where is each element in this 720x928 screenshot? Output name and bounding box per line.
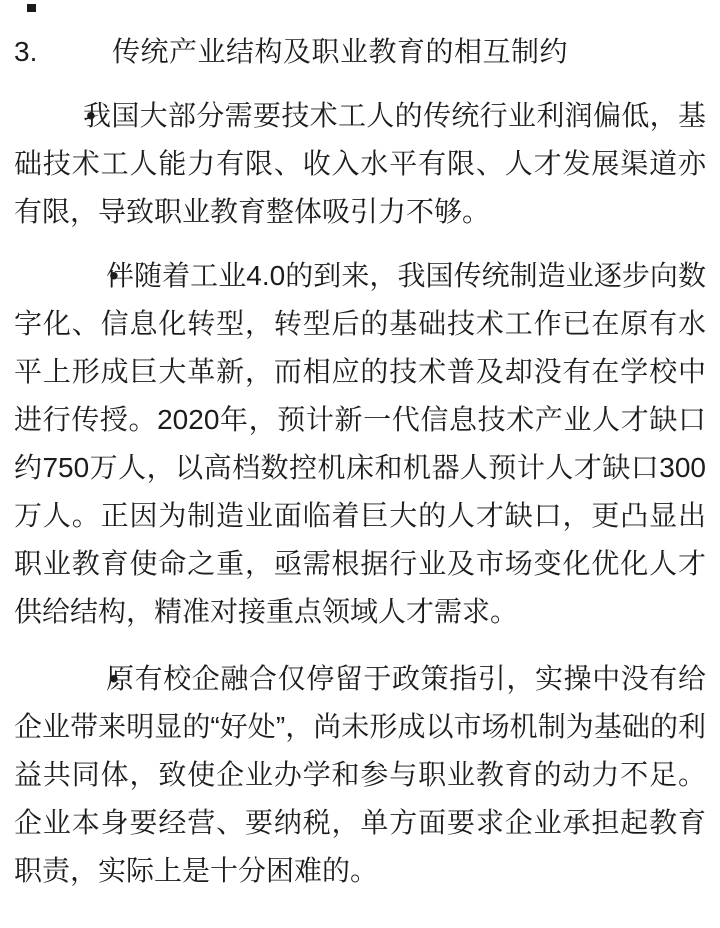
document-page: 3. 传统产业结构及职业教育的相互制约 • 我国大部分需要技术工人的传统行业利润… bbox=[0, 0, 720, 928]
section-heading: 3. 传统产业结构及职业教育的相互制约 bbox=[14, 28, 706, 76]
paragraph-text: 我国大部分需要技术工人的传统行业利润偏低，基础技术工人能力有限、收入水平有限、人… bbox=[14, 100, 706, 227]
paragraph-text: 伴随着工业4.0的到来，我国传统制造业逐步向数字化、信息化转型，转型后的基础技术… bbox=[14, 260, 706, 627]
bullet-icon: • bbox=[17, 92, 96, 140]
scan-artifact-mark bbox=[27, 4, 36, 12]
bullet-icon: • bbox=[17, 655, 119, 703]
bullet-paragraph-3: • 原有校企融合仅停留于政策指引，实操中没有给企业带来明显的“好处”，尚未形成以… bbox=[14, 655, 706, 895]
bullet-paragraph-1: • 我国大部分需要技术工人的传统行业利润偏低，基础技术工人能力有限、收入水平有限… bbox=[14, 92, 706, 236]
bullet-paragraph-2: • 伴随着工业4.0的到来，我国传统制造业逐步向数字化、信息化转型，转型后的基础… bbox=[14, 252, 706, 636]
section-number: 3. bbox=[14, 28, 37, 76]
bullet-icon: • bbox=[17, 252, 119, 300]
section-title: 传统产业结构及职业教育的相互制约 bbox=[112, 36, 568, 67]
